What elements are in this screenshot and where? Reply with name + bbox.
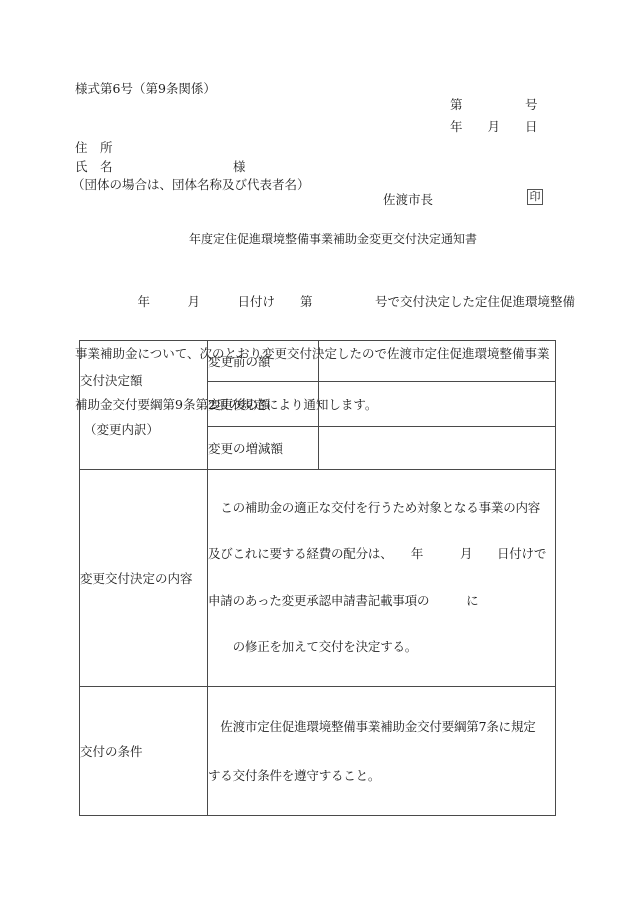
conditions-cell: 佐渡市定住促進環境整備事業補助金交付要綱第7条に規定 する交付条件を遵守すること… <box>208 686 556 815</box>
change-content-line: 及びこれに要する経費の配分は、 年 月 日付けで <box>208 546 555 562</box>
ref-number-line: 第 号 <box>450 97 538 112</box>
conditions-line: 佐渡市定住促進環境整備事業補助金交付要綱第7条に規定 <box>208 717 555 736</box>
change-content-line: この補助金の適正な交付を行うため対象となる事業の内容 <box>208 500 555 516</box>
group-note: （団体の場合は、団体名称及び代表者名） <box>72 177 310 192</box>
change-content-cell: この補助金の適正な交付を行うため対象となる事業の内容 及びこれに要する経費の配分… <box>208 470 556 687</box>
change-content-line: の修正を加えて交付を決定する。 <box>208 639 555 655</box>
amount-change-label: 変更の増減額 <box>208 427 319 470</box>
conditions-line: する交付条件を遵守すること。 <box>208 766 555 785</box>
body-line: 年 月 日付け 第 号で交付決定した定住促進環境整備 <box>75 291 575 313</box>
decision-amount-label-cell: 交付決定額 （変更内訳） <box>80 341 208 470</box>
document-title: 年度定住促進環境整備事業補助金変更交付決定通知書 <box>189 232 477 247</box>
amount-before-value <box>319 341 556 382</box>
seal-box: 印 <box>527 189 543 205</box>
seal-mark: 印 <box>530 190 541 204</box>
document-page: 様式第6号（第9条関係） 第 号 年 月 日 住 所 氏 名 様 （団体の場合は… <box>0 0 630 903</box>
conditions-label: 交付の条件 <box>80 686 208 815</box>
amount-before-label: 変更前の額 <box>208 341 319 382</box>
decision-amount-label-line2: （変更内訳） <box>80 420 207 439</box>
honorific-label: 様 <box>233 159 246 174</box>
amount-change-value <box>319 427 556 470</box>
decision-amount-label-line1: 交付決定額 <box>80 371 207 390</box>
form-number: 様式第6号（第9条関係） <box>75 81 216 96</box>
amount-after-label: 変更後の額 <box>208 382 319 427</box>
mayor-label: 佐渡市長 <box>383 192 433 207</box>
form-table: 交付決定額 （変更内訳） 変更前の額 変更後の額 変更の増減額 変更交付決定の内… <box>79 340 556 816</box>
change-content-line: 申請のあった変更承認申請書記載事項の に <box>208 593 555 609</box>
name-label: 氏 名 <box>75 159 113 174</box>
amount-after-value <box>319 382 556 427</box>
change-content-label: 変更交付決定の内容 <box>80 470 208 687</box>
address-label: 住 所 <box>75 140 113 155</box>
date-line: 年 月 日 <box>450 119 538 134</box>
